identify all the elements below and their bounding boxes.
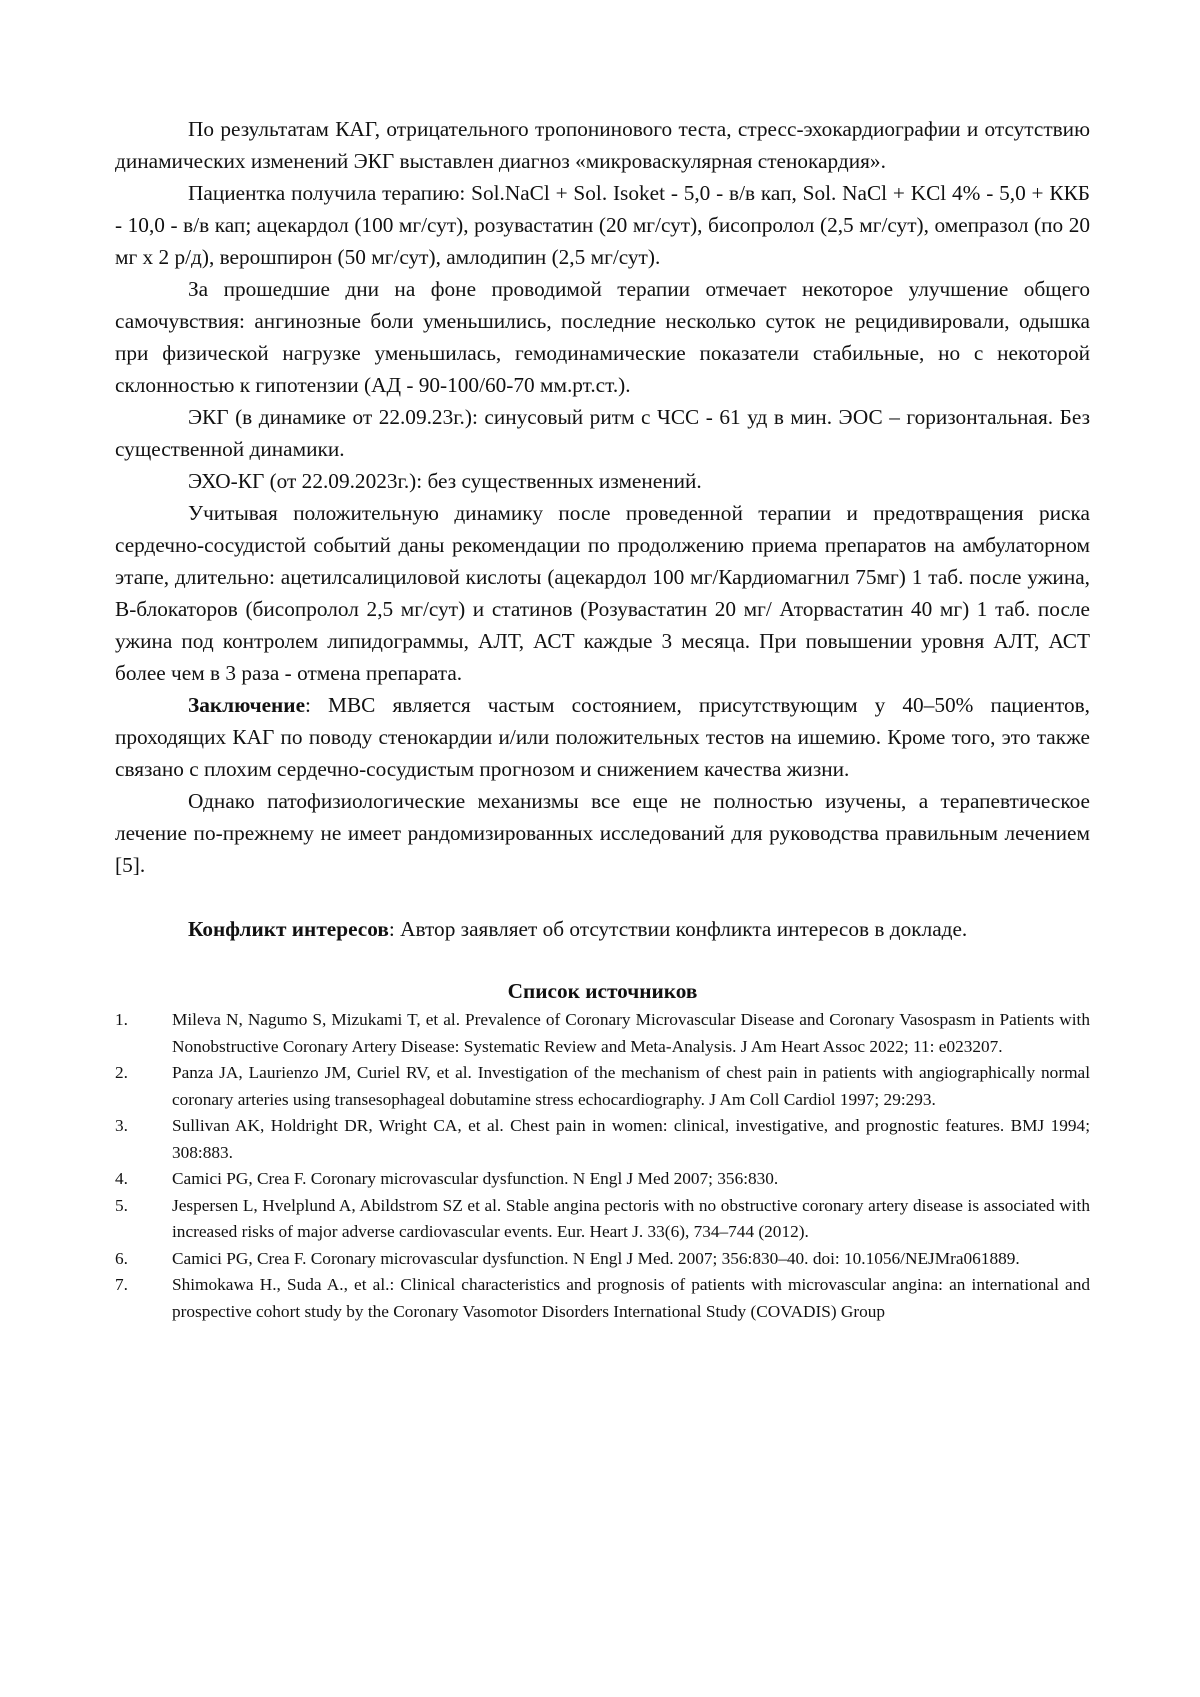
references-title: Список источников	[115, 977, 1090, 1005]
reference-item: 5.Jespersen L, Hvelplund A, Abildstrom S…	[115, 1193, 1090, 1246]
reference-item: 2.Panza JA, Laurienzo JM, Curiel RV, et …	[115, 1060, 1090, 1113]
paragraph-closing: Однако патофизиологические механизмы все…	[115, 785, 1090, 881]
reference-item: 3.Sullivan AK, Holdright DR, Wright CA, …	[115, 1113, 1090, 1166]
paragraph-therapy: Пациентка получила терапию: Sol.NaCl + S…	[115, 177, 1090, 273]
paragraph-progress: За прошедшие дни на фоне проводимой тера…	[115, 273, 1090, 401]
conflict-of-interest: Конфликт интересов: Автор заявляет об от…	[115, 913, 1090, 945]
conclusion-label: Заключение	[188, 693, 305, 717]
references-list: 1.Mileva N, Nagumo S, Mizukami T, et al.…	[115, 1007, 1090, 1325]
paragraph-conclusion: Заключение: МВС является частым состояни…	[115, 689, 1090, 785]
reference-item: 1.Mileva N, Nagumo S, Mizukami T, et al.…	[115, 1007, 1090, 1060]
reference-item: 7.Shimokawa H., Suda A., et al.: Clinica…	[115, 1272, 1090, 1325]
conflict-text: : Автор заявляет об отсутствии конфликта…	[389, 917, 967, 941]
paragraph-echo: ЭХО-КГ (от 22.09.2023г.): без существенн…	[115, 465, 1090, 497]
reference-item: 4.Camici PG, Crea F. Coronary microvascu…	[115, 1166, 1090, 1193]
paragraph-recommendations: Учитывая положительную динамику после пр…	[115, 497, 1090, 689]
paragraph-ecg: ЭКГ (в динамике от 22.09.23г.): синусовы…	[115, 401, 1090, 465]
document-page: По результатам КАГ, отрицательного тропо…	[115, 113, 1090, 1325]
body-text: По результатам КАГ, отрицательного тропо…	[115, 113, 1090, 881]
conflict-label: Конфликт интересов	[188, 917, 389, 941]
reference-item: 6.Camici PG, Crea F. Coronary microvascu…	[115, 1246, 1090, 1273]
paragraph-diagnosis: По результатам КАГ, отрицательного тропо…	[115, 113, 1090, 177]
